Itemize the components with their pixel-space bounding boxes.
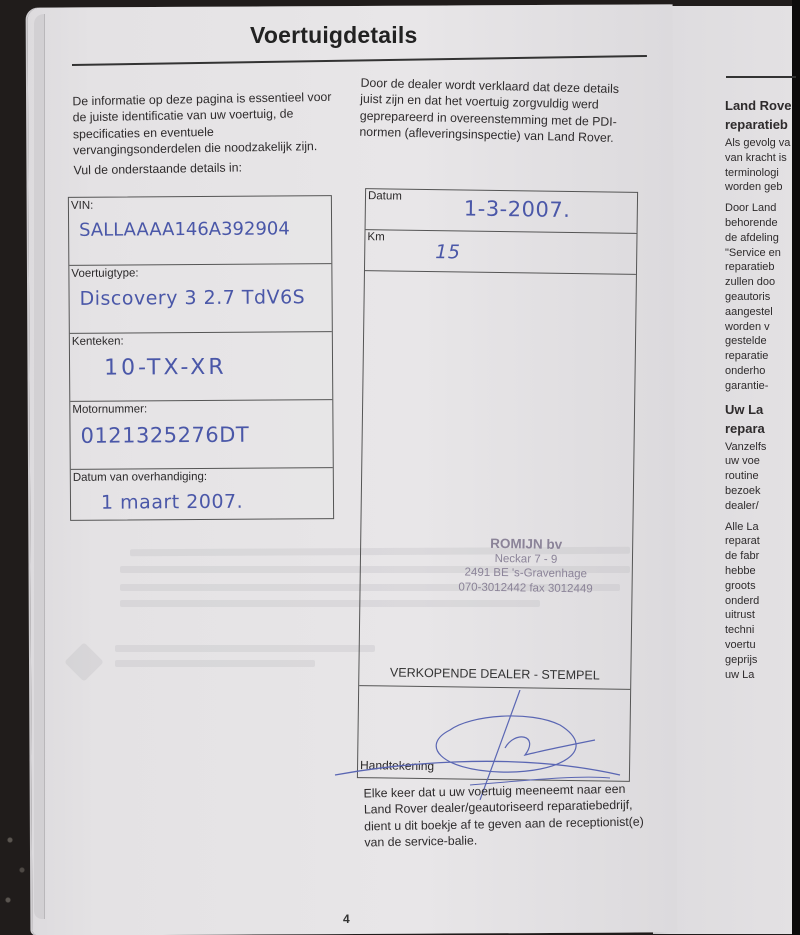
km-field[interactable]: Km 15 [365, 230, 637, 275]
right-text-line: groots [725, 579, 795, 594]
vin-value: SALLAAAA146A392904 [79, 218, 290, 240]
right-text-line: de afdeling [725, 231, 795, 246]
vin-label: VIN: [71, 200, 93, 212]
right-text-line: Alle La [725, 520, 795, 535]
right-text-line: uitrust [725, 608, 795, 623]
vehicle-type-value: Discovery 3 2.7 TdV6S [80, 286, 306, 310]
vin-field[interactable]: VIN: SALLAAAA146A392904 [69, 196, 331, 266]
date-value: 1-3-2007. [464, 197, 571, 222]
footer-note: Elke keer dat u uw voertuig meeneemt naa… [363, 781, 644, 851]
page-number: 4 [343, 912, 350, 926]
right-text-line: reparatie [725, 349, 795, 364]
right-text-line: Vanzelfs [725, 440, 795, 455]
right-text-line: bezoek [725, 484, 795, 499]
right-text-line: behorende [725, 216, 795, 231]
right-text-line: geautoris [725, 290, 795, 305]
vehicle-details-form: VIN: SALLAAAA146A392904 Voertuigtype: Di… [68, 195, 334, 521]
right-text-line: zullen doo [725, 275, 795, 290]
right-heading: Uw La [725, 402, 795, 418]
right-text-line: dealer/ [725, 499, 795, 514]
right-heading: reparatieb [725, 117, 795, 133]
right-text-line: garantie- [725, 379, 795, 394]
right-page-rule [726, 76, 796, 78]
right-text-line: "Service en [725, 246, 795, 261]
right-heading: Land Rove [725, 98, 795, 114]
right-text-line: de fabr [725, 549, 795, 564]
right-text-line: geprijs [725, 653, 795, 668]
km-value: 15 [435, 241, 460, 263]
intro-text: De informatie op deze pagina is essentie… [72, 89, 344, 183]
vehicle-type-label: Voertuigtype: [71, 267, 138, 279]
intro-paragraph: De informatie op deze pagina is essentie… [72, 89, 343, 159]
signature-label: Handtekening [360, 758, 434, 773]
page-title: Voertuigdetails [250, 22, 417, 49]
right-page-column: Land RovereparatiebAls gevolg vavan krac… [725, 96, 795, 682]
stamp-phone: 070-3012442 fax 3012449 [430, 580, 620, 597]
right-text-line: aangestel [725, 305, 795, 320]
license-plate-value: 10-TX-XR [104, 355, 227, 381]
engine-number-label: Motornummer: [72, 403, 147, 416]
date-field[interactable]: Datum 1-3-2007. [366, 189, 638, 234]
right-text-line: uw La [725, 668, 795, 683]
right-text-line: worden geb [725, 180, 795, 195]
right-text-line: onderho [725, 364, 795, 379]
right-text-line: Door Land [725, 201, 795, 216]
date-label: Datum [368, 190, 402, 202]
right-text-line: routine [725, 469, 795, 484]
license-plate-field[interactable]: Kenteken: 10-TX-XR [70, 332, 332, 402]
right-text-line: voertu [725, 638, 795, 653]
km-label: Km [367, 231, 384, 243]
right-text-line: reparat [725, 534, 795, 549]
dealer-stamp-area: ROMIJN bv Neckar 7 - 9 2491 BE 's-Graven… [359, 271, 636, 690]
vehicle-type-field[interactable]: Voertuigtype: Discovery 3 2.7 TdV6S [69, 264, 331, 334]
bleed-through-text [115, 660, 315, 667]
delivery-date-label: Datum van overhandiging: [73, 471, 207, 484]
right-text-line: uw voe [725, 454, 795, 469]
right-text-line: terminologi [725, 166, 795, 181]
right-text-line: gestelde [725, 334, 795, 349]
right-text-line: Als gevolg va [725, 136, 795, 151]
right-text-line: reparatieb [725, 260, 795, 275]
dealer-statement: Door de dealer wordt verklaard dat deze … [359, 75, 631, 147]
delivery-date-field[interactable]: Datum van overhandiging: 1 maart 2007. [71, 468, 333, 537]
bleed-through-text [115, 645, 375, 652]
right-heading: repara [725, 421, 795, 437]
signature-field[interactable]: Handtekening [358, 686, 630, 780]
right-text-line: hebbe [725, 564, 795, 579]
engine-number-value: 0121325276DT [80, 423, 249, 448]
delivery-date-value: 1 maart 2007. [101, 491, 243, 514]
engine-number-field[interactable]: Motornummer: 0121325276DT [70, 400, 332, 470]
dealer-stamp: ROMIJN bv Neckar 7 - 9 2491 BE 's-Graven… [430, 536, 621, 597]
dealer-form: Datum 1-3-2007. Km 15 ROMIJN bv Neckar 7… [357, 188, 638, 782]
license-plate-label: Kenteken: [72, 336, 124, 348]
right-text-line: techni [725, 623, 795, 638]
page-edge [34, 14, 45, 919]
right-text-line: worden v [725, 320, 795, 335]
intro-instruction: Vul de onderstaande details in: [73, 158, 343, 179]
right-text-line: onderd [725, 594, 795, 609]
stamp-caption: VERKOPENDE DEALER - STEMPEL [359, 665, 630, 683]
right-text-line: van kracht is [725, 151, 795, 166]
